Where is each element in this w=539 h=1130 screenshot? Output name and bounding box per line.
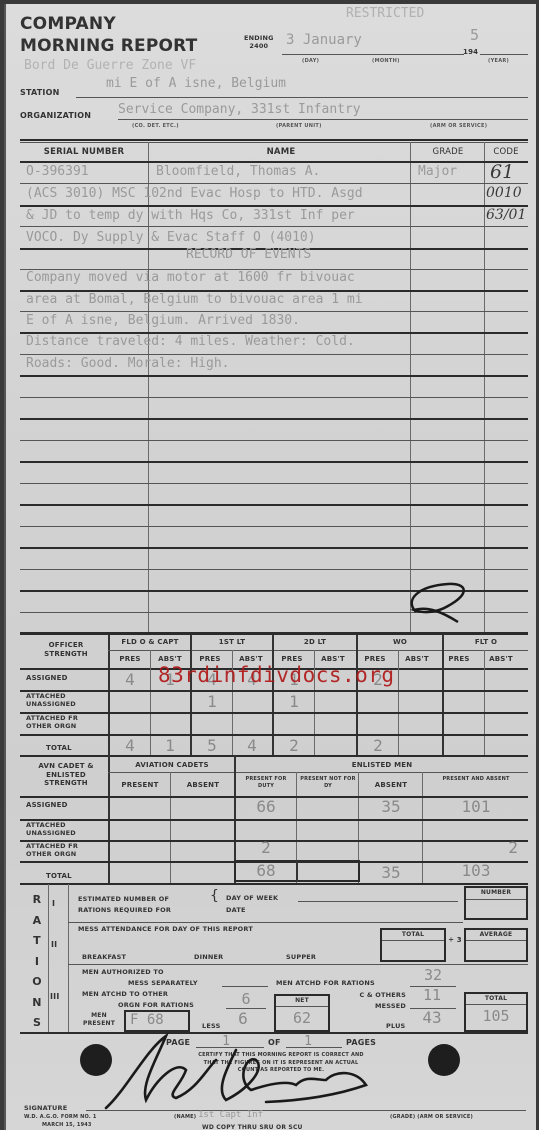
- enl-col-present-and-absent: PRESENT AND ABSENT: [424, 776, 528, 783]
- sub-abst: ABS'T: [396, 655, 438, 663]
- officer-row-total-label: TOTAL: [46, 744, 72, 752]
- enl-col-present-for-duty: PRESENT FOR DUTY: [238, 776, 294, 790]
- org-sub-caption: (CO. DET. ETC.): [132, 123, 179, 129]
- enl-col-absent-2: ABSENT: [360, 781, 422, 789]
- average-label: AVERAGE: [464, 931, 528, 938]
- less-value: 6: [228, 1009, 258, 1028]
- off-total-1lt-abst: 4: [232, 736, 272, 755]
- entry-code: 61: [490, 161, 514, 183]
- men-present-label: MEN PRESENT: [76, 1012, 122, 1028]
- total3-label: TOTAL: [464, 995, 528, 1002]
- sub-abst: ABS'T: [150, 655, 190, 663]
- group-fld-o-capt: FLD O & CAPT: [110, 638, 190, 646]
- men-atchd-rations-label: MEN ATCHD FOR RATIONS: [276, 979, 375, 987]
- officer-row-attached-unassigned-label: ATTACHED UNASSIGNED: [26, 692, 106, 708]
- less-label: LESS: [202, 1022, 220, 1030]
- restricted-stamp: RESTRICTED: [346, 6, 424, 21]
- entry-code-line2: 63/01: [486, 207, 526, 223]
- rations-letter: S: [30, 1013, 44, 1034]
- enl-assigned-absent: 35: [360, 797, 422, 816]
- enl-attached-pfd: 2: [236, 838, 296, 857]
- c-others-label: C & OTHERS MESSED: [346, 990, 406, 1012]
- men-authorized-label-2: MESS SEPARATELY: [128, 979, 198, 987]
- officer-row-attached-fr-other-label: ATTACHED FR OTHER ORGN: [26, 714, 106, 730]
- col-serial-number: SERIAL NUMBER: [24, 147, 144, 157]
- sub-pres: PRES: [110, 655, 150, 663]
- form-title-line1: COMPANY: [20, 14, 116, 34]
- breakfast-label: BREAKFAST: [82, 953, 126, 961]
- date-label: DATE: [226, 906, 246, 914]
- day-of-week-label: DAY OF WEEK: [226, 894, 278, 902]
- enl-assigned-pfd: 66: [236, 797, 296, 816]
- year-prefix: 194: [463, 48, 478, 56]
- col-grade: GRADE: [414, 147, 482, 157]
- officer-subheader-row: PRES ABS'T PRES ABS'T PRES ABS'T PRES AB…: [110, 655, 528, 663]
- entry-code-line1: 0010: [486, 185, 522, 201]
- event-line-2: area at Bomal, Belgium to bivouac area 1…: [26, 292, 363, 307]
- rations-letter: A: [30, 911, 44, 932]
- col-name: NAME: [152, 147, 410, 157]
- number-label: NUMBER: [464, 889, 528, 896]
- grade-arm-caption: (GRADE) (ARM OR SERVICE): [390, 1114, 473, 1120]
- off-total-fld-pres: 4: [110, 736, 150, 755]
- event-line-5: Roads: Good. Morale: High.: [26, 356, 230, 371]
- rations-letter: O: [30, 972, 44, 993]
- sub-abst: ABS'T: [230, 655, 272, 663]
- name-caption: (NAME): [174, 1114, 196, 1120]
- section-ii-num: II: [51, 940, 57, 949]
- est-number-label: ESTIMATED NUMBER OF: [78, 894, 171, 905]
- group-enlisted-men: ENLISTED MEN: [236, 761, 528, 769]
- rations-letter: N: [30, 993, 44, 1014]
- rations-letter: T: [30, 931, 44, 952]
- men-present-value: F 68: [126, 1012, 188, 1028]
- entry-remark-line2: & JD to temp dy with Hqs Co, 331st Inf p…: [26, 208, 355, 223]
- signature-label: SIGNATURE: [24, 1104, 67, 1112]
- station-label: STATION: [20, 88, 60, 97]
- signature-scrawl-icon: [86, 1030, 386, 1110]
- organization-label: ORGANIZATION: [20, 111, 91, 120]
- event-line-3: E of A isne, Belgium. Arrived 1830.: [26, 313, 300, 328]
- men-atchd-rations-value: 32: [418, 966, 448, 984]
- enl-row-total-label: TOTAL: [46, 872, 72, 880]
- rations-required-label: RATIONS REQUIRED FOR: [78, 905, 171, 916]
- off-total-fld-abst: 1: [150, 736, 190, 755]
- officer-strength-label: OFFICER STRENGTH: [26, 641, 106, 659]
- section-iii-num: III: [50, 992, 60, 1001]
- section-i-label: ESTIMATED NUMBER OF RATIONS REQUIRED FOR: [78, 894, 171, 916]
- dinner-label: DINNER: [194, 953, 223, 961]
- off-total-wo-pres: 2: [358, 736, 398, 755]
- binder-hole-right-icon: [428, 1044, 460, 1076]
- year-caption: (YEAR): [488, 58, 509, 64]
- enl-assigned-pres-abs: 101: [424, 797, 528, 816]
- form-id-1: W.D. A.G.O. FORM NO. 1: [24, 1114, 97, 1120]
- sub-pres: PRES: [272, 655, 312, 663]
- sub-pres: PRES: [438, 655, 480, 663]
- sub-pres: PRES: [190, 655, 230, 663]
- sub-abst: ABS'T: [480, 655, 522, 663]
- plus-label: PLUS: [386, 1022, 405, 1030]
- month-caption: (MONTH): [372, 58, 400, 64]
- off-attached-1lt-pres: 1: [192, 692, 232, 711]
- rations-letter: R: [30, 890, 44, 911]
- section-i-num: I: [52, 899, 55, 908]
- day-caption: (DAY): [302, 58, 319, 64]
- entry-grade: Major: [418, 164, 457, 179]
- total3-value: 105: [464, 1007, 528, 1025]
- total-label: TOTAL: [380, 931, 446, 938]
- plus-value: 43: [412, 1008, 452, 1027]
- rations-letter: I: [30, 952, 44, 973]
- group-aviation-cadets: AVIATION CADETS: [110, 761, 234, 769]
- event-line-4: Distance traveled: 4 miles. Weather: Col…: [26, 334, 355, 349]
- report-date: 3 January: [286, 32, 362, 48]
- entry-serial: O-396391: [26, 164, 89, 179]
- net-label: NET: [274, 997, 330, 1004]
- officer-row-assigned-label: ASSIGNED: [26, 674, 68, 682]
- group-flt-o: FLT O: [444, 638, 528, 646]
- handwritten-mark-icon: [398, 582, 478, 626]
- form-id-2: MARCH 15, 1943: [42, 1122, 92, 1128]
- mess-attendance-label: MESS ATTENDANCE FOR DAY OF THIS REPORT: [78, 925, 253, 933]
- sub-abst: ABS'T: [312, 655, 354, 663]
- arm-caption: (ARM OR SERVICE): [430, 123, 487, 129]
- ending-label-2: 2400: [244, 42, 274, 50]
- organization-value: Service Company, 331st Infantry: [118, 102, 361, 117]
- men-atchd-other-label-1: MEN ATCHD TO OTHER: [82, 990, 168, 998]
- men-authorized-label-1: MEN AUTHORIZED TO: [82, 968, 164, 976]
- entry-remark-line1: (ACS 3010) MSC 102nd Evac Hosp to HTD. A…: [26, 186, 363, 201]
- rations-side-label: R A T I O N S: [30, 890, 44, 1034]
- form-title-line2: MORNING REPORT: [20, 36, 197, 56]
- ending-label-1: ENDING: [244, 34, 274, 42]
- supper-label: SUPPER: [286, 953, 316, 961]
- enl-col-absent: ABSENT: [172, 781, 234, 789]
- morning-report-sheet: COMPANY MORNING REPORT RESTRICTED ENDING…: [4, 4, 536, 1130]
- enl-total-pfd: 68: [236, 861, 296, 880]
- divide-by-three-label: ÷ 3: [448, 936, 462, 945]
- name-value: 1st Capt Inf: [198, 1110, 263, 1120]
- report-year: 5: [470, 26, 479, 44]
- enlisted-strength-label: AVN CADET & ENLISTED STRENGTH: [26, 762, 106, 788]
- off-assigned-fld-pres: 4: [110, 670, 150, 689]
- sub-pres: PRES: [354, 655, 396, 663]
- enl-row-assigned-label: ASSIGNED: [26, 801, 68, 809]
- record-of-events-heading: RECORD OF EVENTS: [186, 247, 311, 262]
- off-total-2lt-pres: 2: [274, 736, 314, 755]
- c-others-value: 11: [412, 986, 452, 1004]
- parent-unit-caption: (PARENT UNIT): [276, 123, 322, 129]
- enl-total-pres-abs: 103: [424, 861, 528, 880]
- brace-icon: {: [210, 890, 219, 902]
- enl-attached-pres-abs: 2: [446, 838, 528, 857]
- enl-total-absent: 35: [360, 863, 422, 882]
- ending-label: ENDING 2400: [244, 34, 274, 50]
- enl-col-present-not-for-dy: PRESENT NOT FOR DY: [300, 776, 356, 790]
- station-value-line2: mi E of A isne, Belgium: [106, 76, 286, 91]
- enl-col-present: PRESENT: [110, 781, 170, 789]
- group-2d-lt: 2D LT: [274, 638, 356, 646]
- station-value-line1: Bord De Guerre Zone VF: [24, 58, 196, 73]
- col-code: CODE: [484, 147, 528, 157]
- entry-remark-line3: VOCO. Dy Supply & Evac Staff O (4010): [26, 230, 316, 245]
- enl-row-attached-fr-other-label: ATTACHED FR OTHER ORGN: [26, 842, 106, 858]
- entry-name: Bloomfield, Thomas A.: [156, 164, 320, 179]
- enl-row-attached-unassigned-label: ATTACHED UNASSIGNED: [26, 821, 106, 837]
- c-others-label-2: MESSED: [346, 1001, 406, 1012]
- men-present-label-2: PRESENT: [76, 1020, 122, 1028]
- wd-copy-label: WD COPY THRU SRU OR SCU: [202, 1124, 303, 1130]
- group-wo: WO: [358, 638, 442, 646]
- men-atchd-other-value: 6: [234, 990, 258, 1008]
- c-others-label-1: C & OTHERS: [346, 990, 406, 1001]
- group-1st-lt: 1ST LT: [192, 638, 272, 646]
- event-line-1: Company moved via motor at 1600 fr bivou…: [26, 270, 355, 285]
- men-atchd-other-label-2: ORGN FOR RATIONS: [118, 1001, 194, 1009]
- off-attached-2lt-pres: 1: [274, 692, 314, 711]
- men-present-label-1: MEN: [76, 1012, 122, 1020]
- watermark-text: 83rdinfdivdocs.org: [158, 663, 395, 687]
- off-total-1lt-pres: 5: [192, 736, 232, 755]
- net-value: 62: [274, 1009, 330, 1027]
